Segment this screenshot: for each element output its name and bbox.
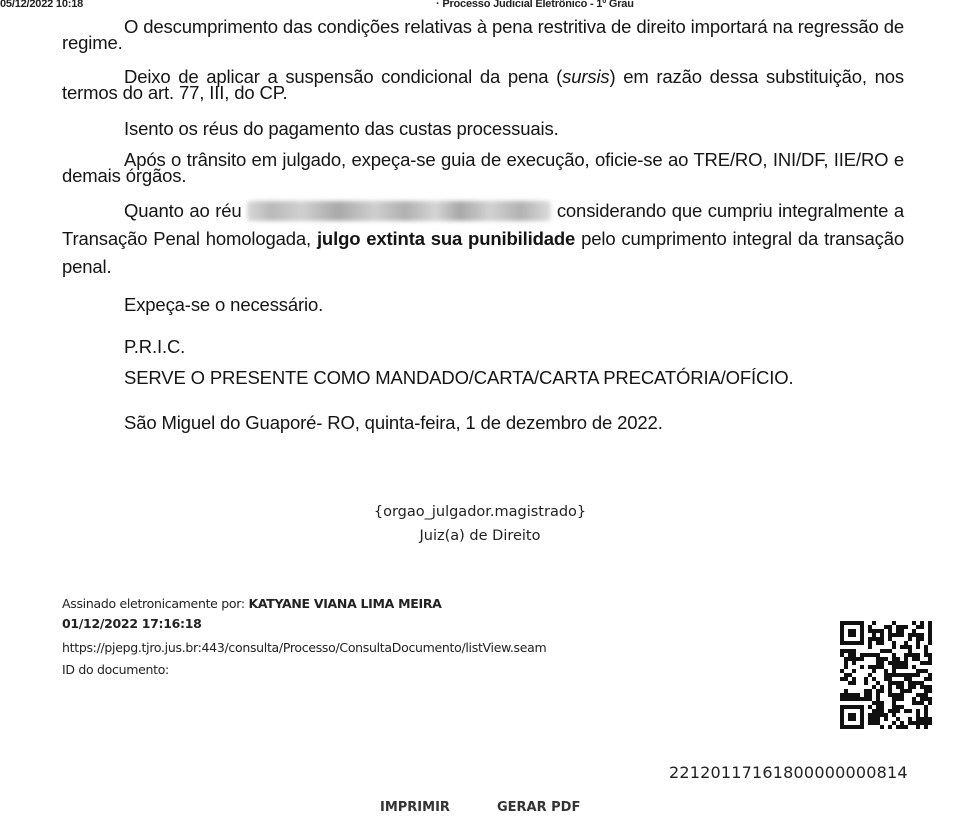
sursis-term: sursis	[562, 66, 609, 87]
paragraph-serve: SERVE O PRESENTE COMO MANDADO/CARTA/CART…	[62, 370, 904, 386]
print-timestamp: 05/12/2022 10:18	[0, 0, 83, 10]
paragraph-sursis: Deixo de aplicar a suspensão condicional…	[62, 69, 904, 101]
paragraph-regime: O descumprimento das condições relativas…	[62, 19, 904, 51]
paragraph-local-data: São Miguel do Guaporé- RO, quinta-feira,…	[62, 415, 904, 431]
page-header-title: · Processo Judicial Eletrônico - 1º Grau	[436, 0, 634, 10]
magistrate-placeholder: {orgao_julgador.magistrado}	[0, 500, 960, 524]
print-button[interactable]: IMPRIMIR	[380, 800, 450, 815]
generate-pdf-button[interactable]: GERAR PDF	[497, 800, 580, 815]
paragraph-extincao: Quanto ao réu considerando que cumpriu i…	[62, 197, 904, 281]
redacted-name	[247, 201, 551, 221]
magistrate-role: Juiz(a) de Direito	[0, 524, 960, 548]
paragraph-custas: Isento os réus do pagamento das custas p…	[62, 121, 904, 137]
signer-name: KATYANE VIANA LIMA MEIRA	[248, 596, 441, 611]
paragraph-expeca: Expeça-se o necessário.	[62, 297, 904, 313]
doc-id-label: ID do documento:	[62, 660, 169, 680]
paragraph-pric: P.R.I.C.	[62, 339, 904, 355]
paragraph-transito: Após o trânsito em julgado, expeça-se gu…	[62, 152, 904, 184]
ruling-emphasis: julgo extinta sua punibilidade	[317, 228, 575, 249]
verification-url: https://pjepg.tjro.jus.br:443/consulta/P…	[62, 638, 546, 658]
qr-code-icon	[840, 620, 932, 730]
document-number: 22120117161800000000814	[669, 763, 931, 782]
signed-at: 01/12/2022 17:16:18	[62, 614, 202, 634]
signed-by: Assinado eletronicamente por: KATYANE VI…	[62, 594, 442, 614]
